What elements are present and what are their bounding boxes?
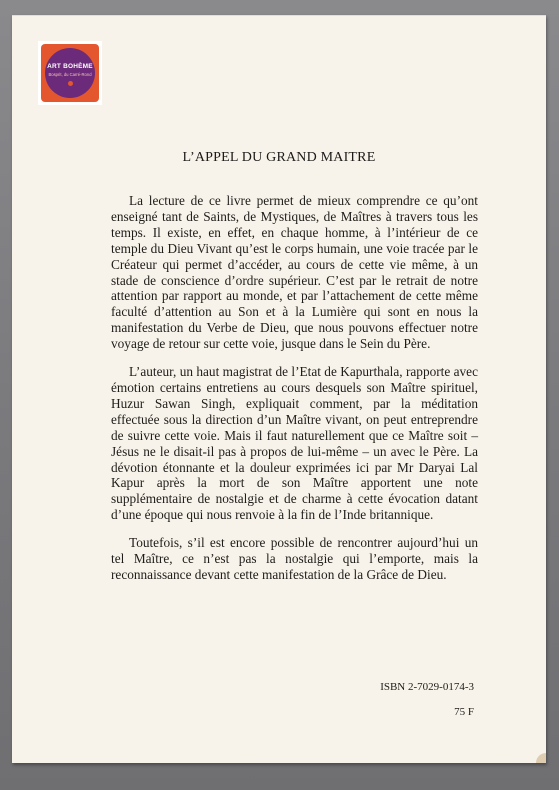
isbn: ISBN 2-7029-0174-3 bbox=[380, 681, 474, 693]
logo-subtitle: Bosprit, du Carré-Rond bbox=[48, 72, 91, 77]
cover-title: L’APPEL DU GRAND MAITRE bbox=[12, 150, 546, 166]
logo-circle-icon: ART BOHÈME Bosprit, du Carré-Rond bbox=[45, 48, 95, 98]
logo-square-icon: ART BOHÈME Bosprit, du Carré-Rond bbox=[41, 44, 99, 102]
blurb-text: La lecture de ce livre permet de mieux c… bbox=[111, 193, 478, 595]
blurb-paragraph-1: La lecture de ce livre permet de mieux c… bbox=[111, 193, 478, 352]
logo-title: ART BOHÈME bbox=[47, 63, 93, 70]
art-boheme-logo: ART BOHÈME Bosprit, du Carré-Rond bbox=[38, 41, 102, 105]
price: 75 F bbox=[454, 706, 474, 718]
blurb-paragraph-3: Toutefois, s’il est encore possible de r… bbox=[111, 535, 478, 583]
blurb-paragraph-2: L’auteur, un haut magistrat de l’Etat de… bbox=[111, 364, 478, 523]
logo-dot-icon bbox=[68, 81, 73, 86]
book-back-cover: ART BOHÈME Bosprit, du Carré-Rond L’APPE… bbox=[12, 15, 546, 763]
